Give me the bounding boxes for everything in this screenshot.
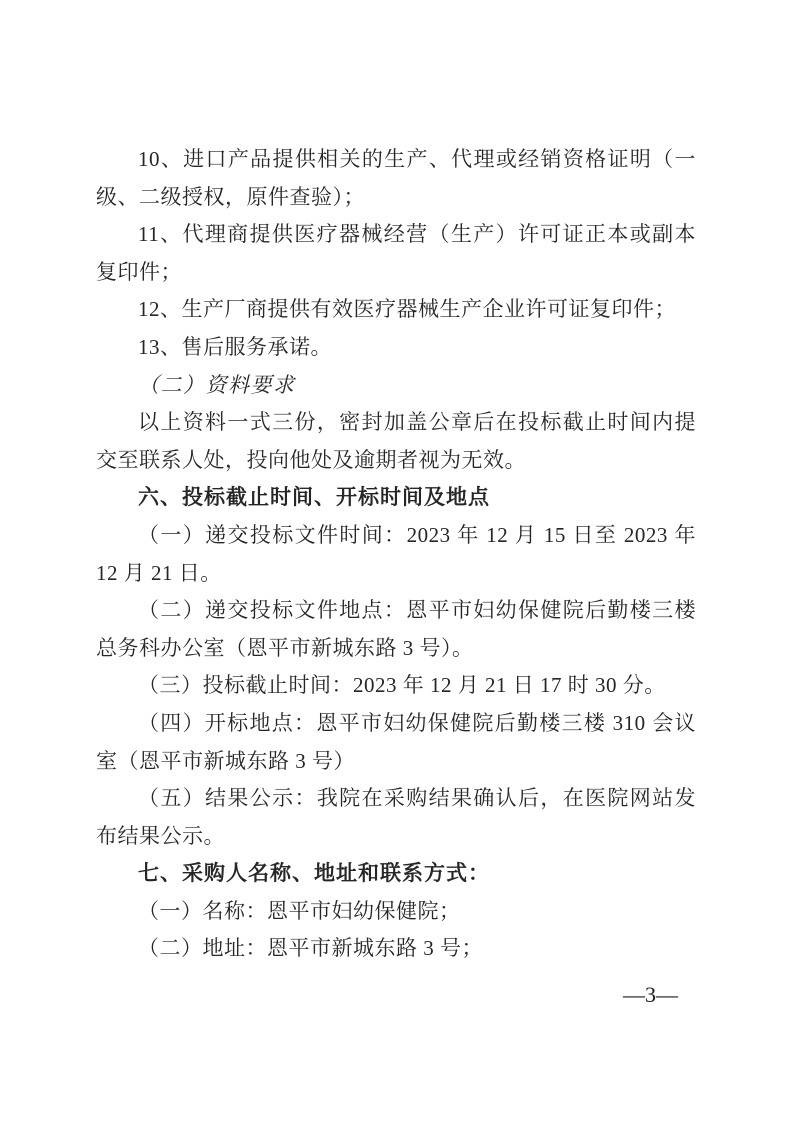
- document-page: 10、进口产品提供相关的生产、代理或经销资格证明（一级、二级授权，原件查验）； …: [0, 0, 794, 1123]
- purchaser-name-paragraph: （一）名称：恩平市妇幼保健院；: [96, 893, 696, 931]
- bid-submission-time-paragraph: （一）递交投标文件时间：2023 年 12 月 15 日至 2023 年 12 …: [96, 517, 696, 592]
- result-publicity-paragraph: （五）结果公示：我院在采购结果确认后，在医院网站发布结果公示。: [96, 780, 696, 855]
- document-content: 10、进口产品提供相关的生产、代理或经销资格证明（一级、二级授权，原件查验）； …: [96, 141, 696, 968]
- bid-deadline-paragraph: （三）投标截止时间：2023 年 12 月 21 日 17 时 30 分。: [96, 667, 696, 705]
- subsection-2-heading: （二）资料要求: [96, 367, 696, 405]
- list-item-11: 11、代理商提供医疗器械经营（生产）许可证正本或副本复印件；: [96, 216, 696, 291]
- purchaser-address-paragraph: （二）地址：恩平市新城东路 3 号；: [96, 930, 696, 968]
- section-6-heading: 六、投标截止时间、开标时间及地点: [96, 479, 696, 517]
- bid-opening-place-paragraph: （四）开标地点：恩平市妇幼保健院后勤楼三楼 310 会议室（恩平市新城东路 3 …: [96, 705, 696, 780]
- bid-submission-place-paragraph: （二）递交投标文件地点：恩平市妇幼保健院后勤楼三楼总务科办公室（恩平市新城东路 …: [96, 592, 696, 667]
- list-item-13: 13、售后服务承诺。: [96, 329, 696, 367]
- page-number: —3—: [623, 982, 678, 1008]
- section-7-heading: 七、采购人名称、地址和联系方式：: [96, 855, 696, 893]
- list-item-12: 12、生产厂商提供有效医疗器械生产企业许可证复印件；: [96, 291, 696, 329]
- list-item-10: 10、进口产品提供相关的生产、代理或经销资格证明（一级、二级授权，原件查验）；: [96, 141, 696, 216]
- materials-requirement-paragraph: 以上资料一式三份，密封加盖公章后在投标截止时间内提交至联系人处，投向他处及逾期者…: [96, 404, 696, 479]
